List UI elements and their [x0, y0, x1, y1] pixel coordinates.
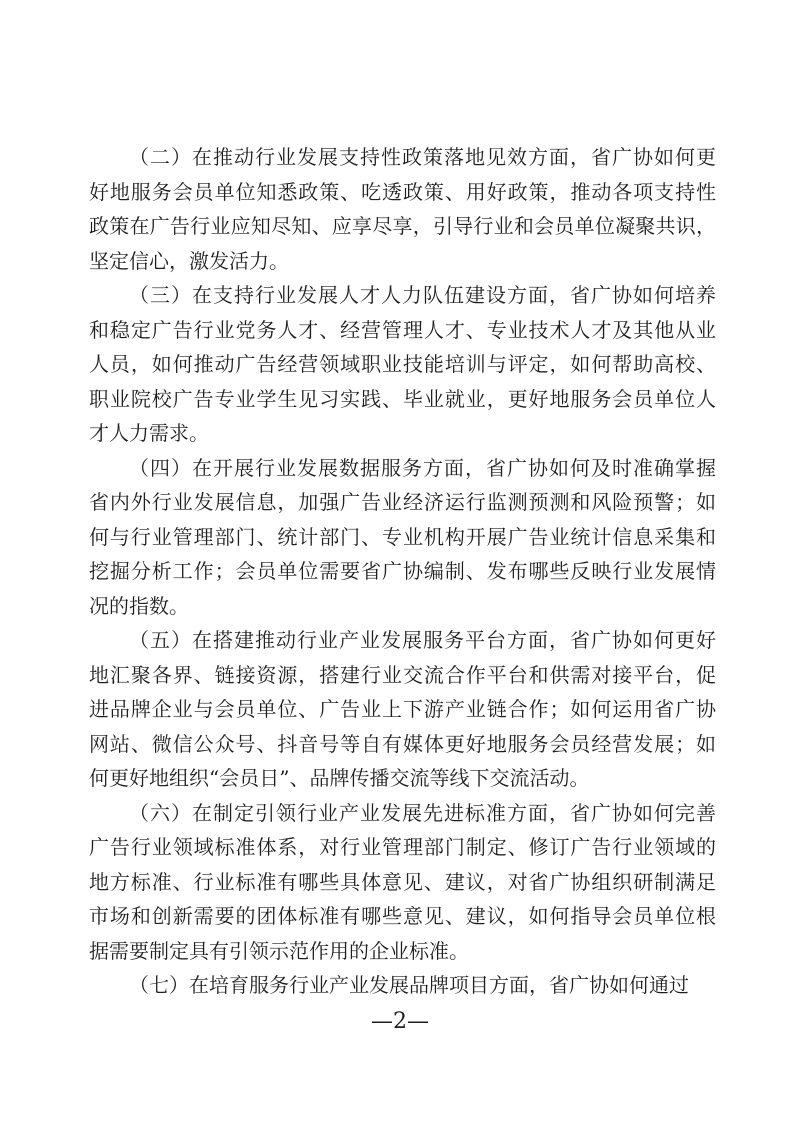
text-line: （三）在支持行业发展人才人力队伍建设方面，省广协如何培养 — [89, 278, 716, 313]
text-line: 政策在广告行业应知尽知、应享尽享，引导行业和会员单位凝聚共识， — [89, 209, 716, 244]
text-line: （七）在培育服务行业产业发展品牌项目方面，省广协如何通过 — [89, 968, 716, 1003]
text-line: 市场和创新需要的团体标准有哪些意见、建议，如何指导会员单位根 — [89, 899, 716, 934]
document-body: （二）在推动行业发展支持性政策落地见效方面，省广协如何更 好地服务会员单位知悉政… — [89, 140, 716, 1003]
text-line: 省内外行业发展信息，加强广告业经济运行监测预测和风险预警；如 — [89, 485, 716, 520]
document-page: （二）在推动行业发展支持性政策落地见效方面，省广协如何更 好地服务会员单位知悉政… — [0, 0, 800, 1131]
paragraph-section-3: （三）在支持行业发展人才人力队伍建设方面，省广协如何培养 和稳定广告行业党务人才… — [89, 278, 716, 451]
text-line: 据需要制定具有引领示范作用的企业标准。 — [89, 934, 716, 969]
text-line: （六）在制定引领行业产业发展先进标准方面，省广协如何完善 — [89, 796, 716, 831]
text-line: 职业院校广告专业学生见习实践、毕业就业，更好地服务会员单位人 — [89, 382, 716, 417]
paragraph-section-5: （五）在搭建推动行业产业发展服务平台方面，省广协如何更好 地汇聚各界、链接资源，… — [89, 623, 716, 796]
text-line: 进品牌企业与会员单位、广告业上下游产业链合作；如何运用省广协 — [89, 692, 716, 727]
text-line: 好地服务会员单位知悉政策、吃透政策、用好政策，推动各项支持性 — [89, 175, 716, 210]
paragraph-section-7: （七）在培育服务行业产业发展品牌项目方面，省广协如何通过 — [89, 968, 716, 1003]
text-line: 何与行业管理部门、统计部门、专业机构开展广告业统计信息采集和 — [89, 520, 716, 555]
text-line: 人员，如何推动广告经营领域职业技能培训与评定，如何帮助高校、 — [89, 347, 716, 382]
text-line: 况的指数。 — [89, 589, 716, 624]
text-line: 广告行业领域标准体系，对行业管理部门制定、修订广告行业领域的 — [89, 830, 716, 865]
text-line: （二）在推动行业发展支持性政策落地见效方面，省广协如何更 — [89, 140, 716, 175]
paragraph-section-2: （二）在推动行业发展支持性政策落地见效方面，省广协如何更 好地服务会员单位知悉政… — [89, 140, 716, 278]
text-line: 才人力需求。 — [89, 416, 716, 451]
paragraph-section-4: （四）在开展行业发展数据服务方面，省广协如何及时准确掌握 省内外行业发展信息，加… — [89, 451, 716, 624]
text-line: 网站、微信公众号、抖音号等自有媒体更好地服务会员经营发展；如 — [89, 727, 716, 762]
text-line: （五）在搭建推动行业产业发展服务平台方面，省广协如何更好 — [89, 623, 716, 658]
text-line: 挖掘分析工作；会员单位需要省广协编制、发布哪些反映行业发展情 — [89, 554, 716, 589]
text-line: （四）在开展行业发展数据服务方面，省广协如何及时准确掌握 — [89, 451, 716, 486]
text-line: 坚定信心，激发活力。 — [89, 244, 716, 279]
text-line: 地方标准、行业标准有哪些具体意见、建议，对省广协组织研制满足 — [89, 865, 716, 900]
page-number: —2— — [0, 1005, 800, 1040]
text-line: 地汇聚各界、链接资源，搭建行业交流合作平台和供需对接平台，促 — [89, 658, 716, 693]
text-line: 何更好地组织“会员日”、品牌传播交流等线下交流活动。 — [89, 761, 716, 796]
paragraph-section-6: （六）在制定引领行业产业发展先进标准方面，省广协如何完善 广告行业领域标准体系，… — [89, 796, 716, 969]
text-line: 和稳定广告行业党务人才、经营管理人才、专业技术人才及其他从业 — [89, 313, 716, 348]
